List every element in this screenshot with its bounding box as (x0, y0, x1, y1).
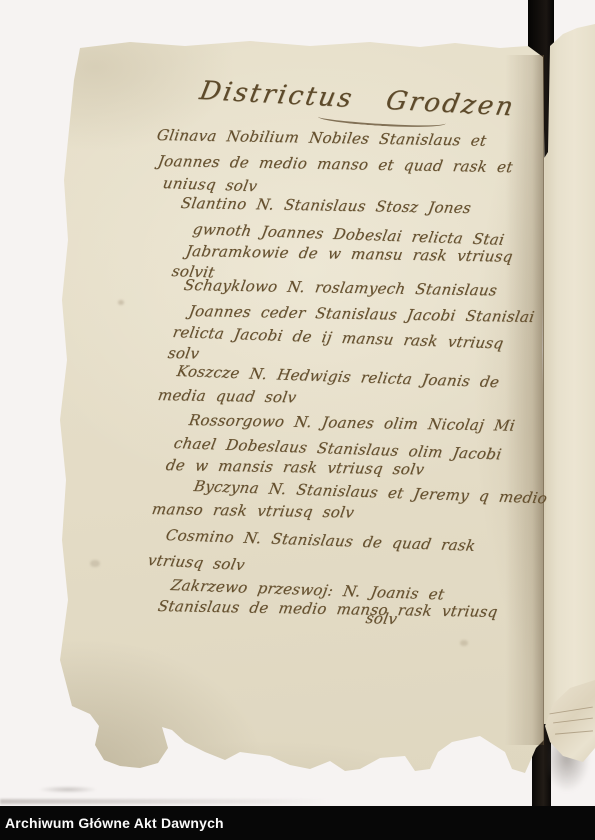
manuscript-line: Cosmino N. Stanislaus de quad rask (164, 526, 477, 555)
manuscript-line: media quad solv (157, 386, 298, 406)
manuscript-line: manso rask vtriusq solv (151, 500, 356, 521)
manuscript-line: Rossorgowo N. Joanes olim Nicolaj Mi (188, 411, 517, 435)
manuscript-line: Schayklowo N. roslamyech Stanislaus (183, 276, 499, 299)
manuscript-line: de w mansis rask vtriusq solv (165, 456, 426, 478)
manuscript-line: Joannes de medio manso et quad rask et (157, 152, 515, 176)
manuscript-line: Glinava Nobilium Nobiles Stanislaus et (156, 126, 488, 150)
manuscript-line: Joannes ceder Stanislaus Jacobi Stanisla… (188, 302, 536, 326)
scanned-manuscript-view: Districtus Grodzen Glinava Nobilium Nobi… (0, 0, 595, 840)
manuscript-line: solv (364, 609, 398, 628)
manuscript-line: vtriusq solv (146, 551, 246, 574)
scan-smudge (38, 786, 98, 793)
manuscript-line: relicta Jacobi de ij mansu rask vtriusq (171, 323, 505, 352)
archive-watermark-label: Archiwum Główne Akt Dawnych (0, 815, 224, 831)
manuscript-line: Stanislaus de medio manso rask vtriusq (157, 597, 499, 621)
scan-smudge (0, 799, 330, 804)
manuscript-line: uniusq solv (161, 174, 258, 195)
manuscript-line: solv (167, 344, 201, 362)
manuscript-line: Slantino N. Stanislaus Stosz Jones (180, 194, 473, 217)
handwriting-layer: Districtus Grodzen Glinava Nobilium Nobi… (0, 0, 595, 840)
archive-watermark-bar: Archiwum Główne Akt Dawnych (0, 806, 595, 840)
